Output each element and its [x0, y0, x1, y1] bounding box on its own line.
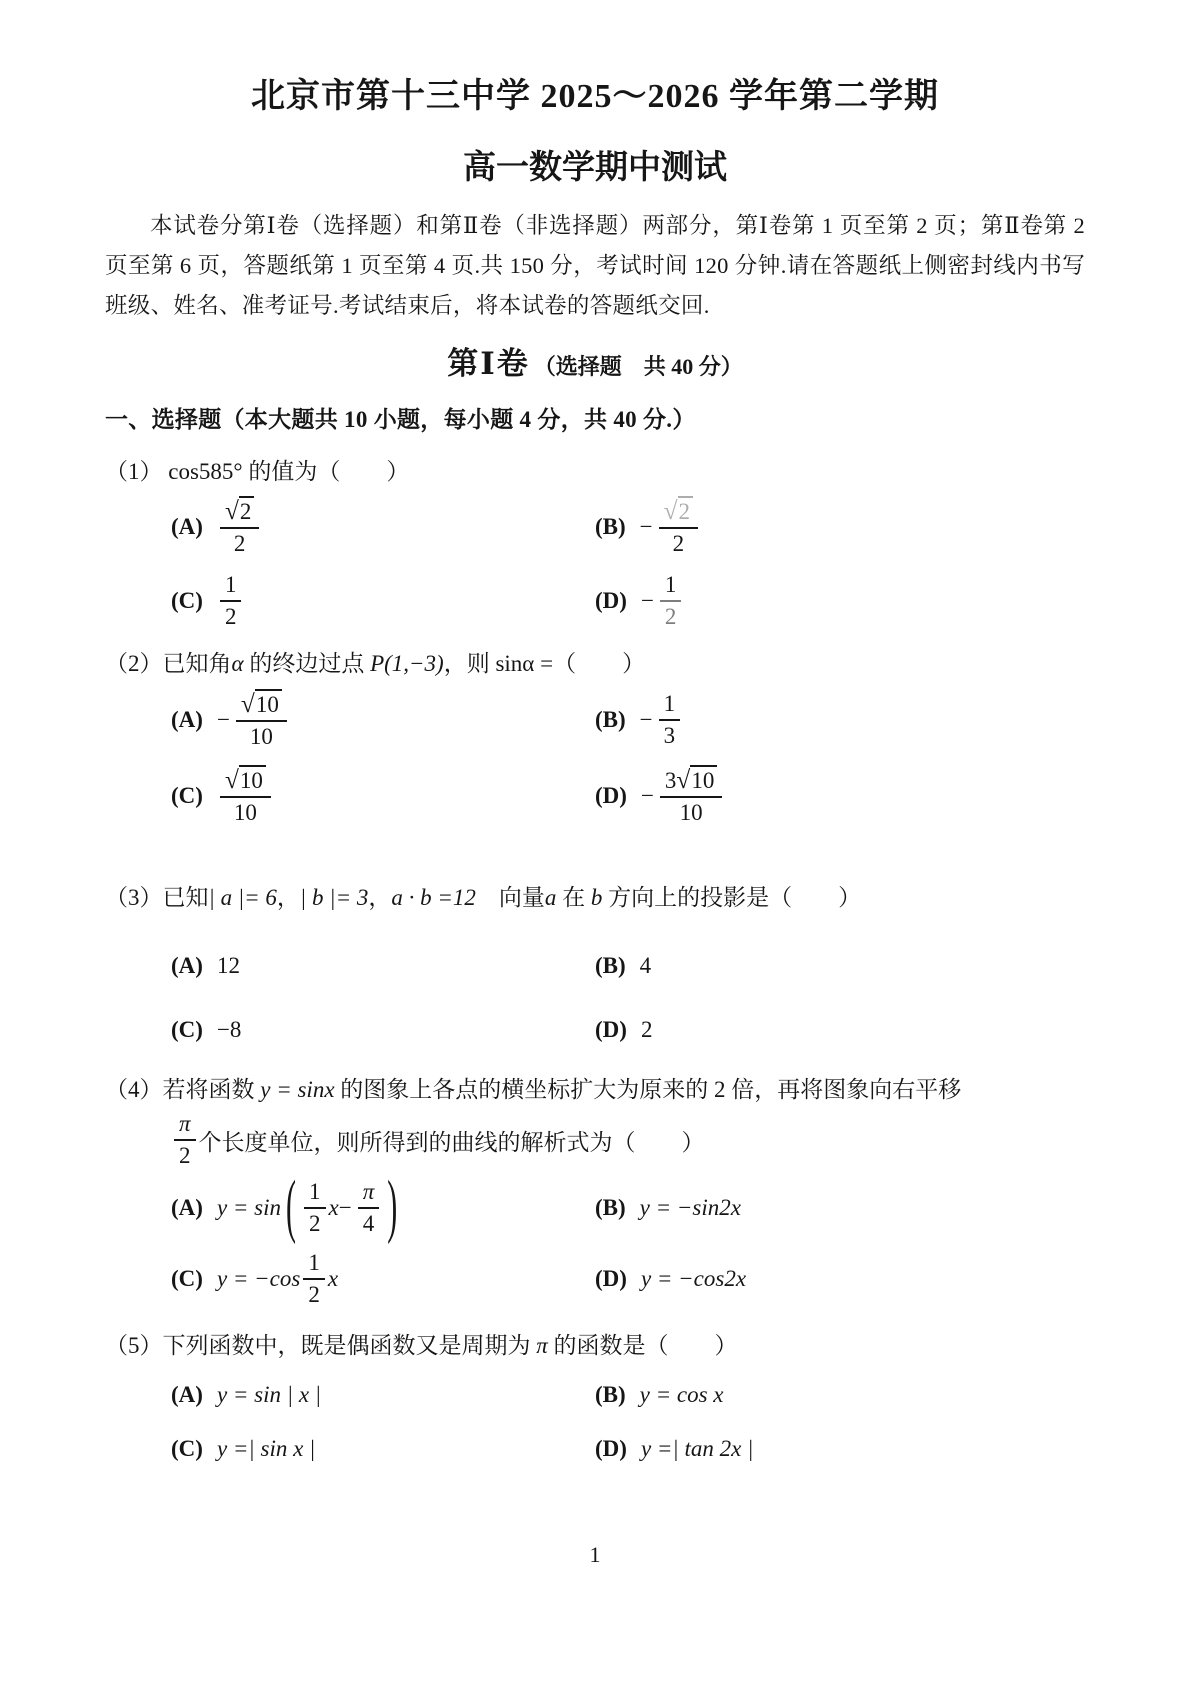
q4-option-d: (D) y = −cos2x — [595, 1248, 1085, 1310]
option-value: y =| tan 2x | — [641, 1436, 753, 1462]
stem-segment: a · b =12 — [391, 885, 476, 910]
q5-option-b: (B) y = cos x — [595, 1368, 1085, 1422]
denominator: 2 — [660, 600, 682, 629]
stem-segment: 的终边过点 — [244, 651, 371, 676]
minus-sign: − — [339, 1195, 352, 1221]
question-4-number: （4） — [105, 1077, 163, 1102]
stem-segment: | a |= 6 — [209, 885, 277, 910]
option-value: y = cos x — [640, 1382, 724, 1408]
option-label: (C) — [171, 1436, 203, 1462]
stem-segment: π — [536, 1333, 548, 1358]
stem-segment: 的图象上各点的横坐标扩大为原来的 2 倍，再将图象向右平移 — [335, 1077, 962, 1102]
exam-page: 北京市第十三中学 2025～2026 学年第二学期 高一数学期中测试 本试卷分第… — [0, 0, 1190, 1684]
section-1-title: 第Ⅰ卷 — [447, 346, 530, 381]
denominator: 2 — [174, 1139, 196, 1168]
option-label: (D) — [595, 1436, 627, 1462]
radical-sign: √ — [225, 766, 239, 794]
stem-segment: a — [545, 885, 557, 910]
stem-segment: P(1,−3) — [370, 651, 444, 676]
question-5-options: (A) y = sin | x | (B) y = cos x (C) y =|… — [171, 1368, 1085, 1476]
fraction: π4 — [358, 1180, 380, 1236]
question-1-expression: cos585° — [168, 459, 242, 484]
q3-option-b: (B) 4 — [595, 934, 1085, 998]
numerator: π — [174, 1112, 196, 1139]
radicand: 10 — [239, 765, 266, 793]
q1-option-d: (D) − 12 — [595, 564, 1085, 638]
stem-segment: ，则 — [444, 651, 496, 676]
q1-option-b: (B) − √22 — [595, 490, 1085, 564]
question-5-stem: （5）下列函数中，既是偶函数又是周期为 π 的函数是（ ） — [105, 1328, 1085, 1364]
stem-segment: 已知角 — [163, 651, 232, 676]
option-value: 2 — [641, 1017, 653, 1043]
q1-option-a: (A) √22 — [171, 490, 595, 564]
option-label: (D) — [595, 1017, 627, 1043]
option-value: y = −sin2x — [640, 1195, 741, 1221]
option-label: (B) — [595, 514, 626, 540]
question-2-stem: （2）已知角α 的终边过点 P(1,−3)，则 sinα =（ ） — [105, 646, 1085, 682]
question-1: （1） cos585° 的值为（ ） (A) √22 (B) − √22 (C)… — [105, 454, 1085, 638]
question-2-options: (A) − √1010 (B) − 13 (C) √1010 (D) − 3√1… — [171, 682, 1085, 834]
denominator: 2 — [220, 527, 259, 556]
question-2-number: （2） — [105, 651, 163, 676]
stem-segment: sinα = — [495, 651, 553, 676]
question-3-number: （3） — [105, 885, 163, 910]
exam-title-line2: 高一数学期中测试 — [105, 146, 1085, 190]
radical-sign: √ — [676, 766, 690, 794]
option-label: (A) — [171, 707, 203, 733]
option-label: (B) — [595, 1195, 626, 1221]
question-5: （5）下列函数中，既是偶函数又是周期为 π 的函数是（ ） (A) y = si… — [105, 1328, 1085, 1476]
option-label: (B) — [595, 953, 626, 979]
question-2: （2）已知角α 的终边过点 P(1,−3)，则 sinα =（ ） (A) − … — [105, 646, 1085, 834]
fraction: 12 — [660, 573, 682, 629]
exam-title-line1: 北京市第十三中学 2025～2026 学年第二学期 — [105, 74, 1085, 120]
q4-option-b: (B) y = −sin2x — [595, 1168, 1085, 1248]
stem-segment: 在 — [556, 885, 591, 910]
radicand: 10 — [690, 765, 717, 793]
radicand: 2 — [678, 496, 694, 524]
q2-option-c: (C) √1010 — [171, 758, 595, 834]
numerator: 1 — [304, 1180, 326, 1207]
radical-sign: √ — [241, 690, 255, 718]
denominator: 10 — [660, 796, 722, 825]
stem-segment: 已知 — [163, 885, 209, 910]
numerator: 1 — [659, 692, 681, 719]
fraction: 12 — [303, 1251, 325, 1307]
minus-sign: − — [641, 588, 654, 614]
q5-option-d: (D) y =| tan 2x | — [595, 1422, 1085, 1476]
denominator: 2 — [303, 1278, 325, 1307]
q2-option-a: (A) − √1010 — [171, 682, 595, 758]
question-3: （3）已知| a |= 6，| b |= 3，a · b =12 向量a 在 b… — [105, 880, 1085, 1062]
minus-sign: − — [641, 783, 654, 809]
q5-option-c: (C) y =| sin x | — [171, 1422, 595, 1476]
stem-segment: ， — [368, 885, 391, 910]
question-3-options: (A) 12 (B) 4 (C) −8 (D) 2 — [171, 934, 1085, 1062]
question-4-options-row1: (A) y = sin ( 12 x − π4 ) (B) y = −sin2x — [171, 1168, 1085, 1248]
fraction: 13 — [659, 692, 681, 748]
radicand: 10 — [255, 689, 282, 717]
question-4-options-row2: (C) y = −cos 12 x (D) y = −cos2x — [171, 1248, 1085, 1310]
question-4: （4）若将函数 y = sinx 的图象上各点的横坐标扩大为原来的 2 倍，再将… — [105, 1072, 1085, 1310]
denominator: 3 — [659, 719, 681, 748]
radicand: 2 — [239, 496, 255, 524]
option-label: (D) — [595, 588, 627, 614]
numerator: 1 — [220, 573, 242, 600]
option-label: (D) — [595, 783, 627, 809]
option-label: (A) — [171, 953, 203, 979]
option-label: (C) — [171, 1017, 203, 1043]
variable: x — [329, 1195, 339, 1221]
option-label: (C) — [171, 588, 203, 614]
question-1-options: (A) √22 (B) − √22 (C) 12 (D) − 12 — [171, 490, 1085, 638]
numerator: π — [358, 1180, 380, 1207]
option-value: y =| sin x | — [217, 1436, 315, 1462]
fraction: √22 — [220, 498, 259, 557]
q3-option-a: (A) 12 — [171, 934, 595, 998]
stem-segment: 个长度单位，则所得到的曲线的解析式为（ ） — [199, 1124, 705, 1157]
question-4-stem-line2: π2 个长度单位，则所得到的曲线的解析式为（ ） — [171, 1112, 1085, 1168]
question-4-stem: （4）若将函数 y = sinx 的图象上各点的横坐标扩大为原来的 2 倍，再将… — [105, 1072, 1085, 1108]
q1-option-c: (C) 12 — [171, 564, 595, 638]
fraction: √1010 — [236, 691, 287, 750]
stem-segment: 方向上的投影是（ ） — [602, 885, 861, 910]
fraction: 12 — [304, 1180, 326, 1236]
option-label: (C) — [171, 1266, 203, 1292]
option-value: 12 — [217, 953, 240, 979]
denominator: 2 — [304, 1207, 326, 1236]
page-number: 1 — [0, 1542, 1190, 1568]
question-3-stem: （3）已知| a |= 6，| b |= 3，a · b =12 向量a 在 b… — [105, 880, 1085, 916]
option-value: 4 — [640, 953, 652, 979]
radical-sign: √ — [225, 497, 239, 525]
option-label: (A) — [171, 1382, 203, 1408]
stem-segment: 下列函数中，既是偶函数又是周期为 — [163, 1333, 537, 1358]
fraction: 3√1010 — [660, 767, 722, 826]
denominator: 4 — [358, 1207, 380, 1236]
radical-sign: √ — [664, 497, 678, 525]
fraction: √22 — [659, 498, 698, 557]
minus-sign: − — [640, 707, 653, 733]
numerator: 1 — [660, 573, 682, 600]
stem-segment: ， — [277, 885, 300, 910]
option-value: y = −cos2x — [641, 1266, 746, 1292]
question-1-stem: （1） cos585° 的值为（ ） — [105, 454, 1085, 490]
denominator: 10 — [220, 796, 271, 825]
option-value: y = sin | x | — [217, 1382, 321, 1408]
minus-sign: − — [217, 707, 230, 733]
question-1-number: （1） — [105, 459, 163, 484]
part-1-heading: 一、选择题（本大题共 10 小题，每小题 4 分，共 40 分.） — [105, 401, 1085, 434]
numerator: 1 — [303, 1251, 325, 1278]
option-value: −8 — [217, 1017, 241, 1043]
coefficient: 3 — [665, 768, 677, 793]
section-1-heading: 第Ⅰ卷 （选择题 共 40 分） — [105, 338, 1085, 383]
fraction: π2 — [174, 1112, 196, 1168]
fraction: 12 — [220, 573, 242, 629]
option-label: (A) — [171, 514, 203, 540]
q2-option-d: (D) − 3√1010 — [595, 758, 1085, 834]
close-paren: ) — [387, 1168, 397, 1248]
minus-sign: − — [640, 514, 653, 540]
q4-option-c: (C) y = −cos 12 x — [171, 1248, 595, 1310]
option-label: (B) — [595, 1382, 626, 1408]
stem-segment: y = sinx — [260, 1077, 334, 1102]
question-1-text: 的值为（ ） — [248, 459, 409, 484]
q2-option-b: (B) − 13 — [595, 682, 1085, 758]
stem-segment: | b |= 3 — [300, 885, 368, 910]
open-paren: ( — [286, 1168, 296, 1248]
option-label: (D) — [595, 1266, 627, 1292]
fraction: √1010 — [220, 767, 271, 826]
stem-segment: α — [232, 651, 244, 676]
stem-segment: （ ） — [553, 651, 645, 676]
stem-segment: 的函数是（ ） — [548, 1333, 738, 1358]
expression-prefix: y = sin — [217, 1195, 281, 1221]
option-label: (C) — [171, 783, 203, 809]
q4-option-a: (A) y = sin ( 12 x − π4 ) — [171, 1168, 595, 1248]
q3-option-d: (D) 2 — [595, 998, 1085, 1062]
exam-instructions: 本试卷分第Ⅰ卷（选择题）和第Ⅱ卷（非选择题）两部分，第Ⅰ卷第 1 页至第 2 页… — [105, 206, 1085, 326]
stem-segment: 向量 — [476, 885, 545, 910]
denominator: 10 — [236, 720, 287, 749]
denominator: 2 — [220, 600, 242, 629]
stem-segment: b — [591, 885, 603, 910]
expression-prefix: y = −cos — [217, 1266, 300, 1292]
section-1-subtitle: （选择题 共 40 分） — [534, 354, 743, 379]
q3-option-c: (C) −8 — [171, 998, 595, 1062]
question-5-number: （5） — [105, 1333, 163, 1358]
stem-segment: 若将函数 — [163, 1077, 261, 1102]
denominator: 2 — [659, 527, 698, 556]
option-label: (B) — [595, 707, 626, 733]
q5-option-a: (A) y = sin | x | — [171, 1368, 595, 1422]
variable: x — [328, 1266, 338, 1292]
option-label: (A) — [171, 1195, 203, 1221]
